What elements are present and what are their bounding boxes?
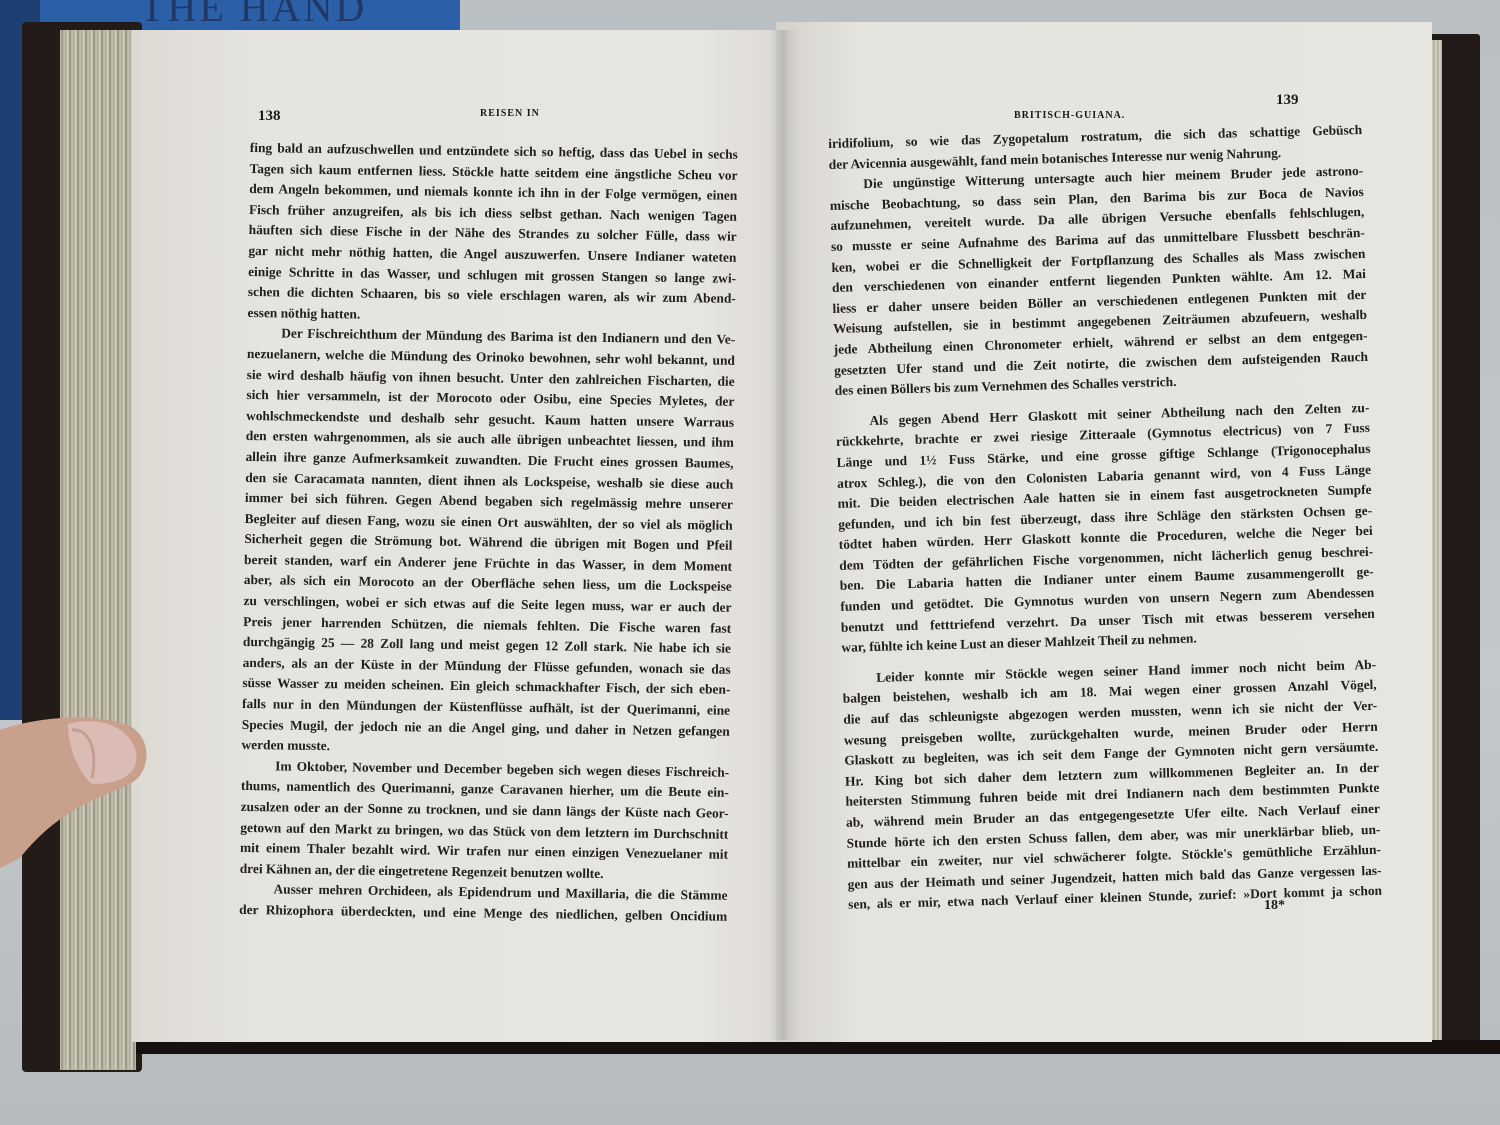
book-cover-bottom <box>60 1040 1500 1054</box>
background-book-title: THE HAND <box>140 0 367 31</box>
right-page-body: iridifolium, so wie das Zygopetalum rost… <box>828 120 1382 916</box>
running-head-right: BRITISCH-GUIANA. <box>1014 110 1125 121</box>
left-page: 138 REISEN IN fing bald an aufzuschwelle… <box>132 30 800 1042</box>
left-page-body: fing bald an aufzuschwellen und entzünde… <box>239 138 738 927</box>
page-number-right: 139 <box>1276 92 1299 109</box>
page-number-left: 138 <box>258 108 281 125</box>
page-edges-left <box>60 30 136 1070</box>
right-page: BRITISCH-GUIANA. 139 iridifolium, so wie… <box>776 22 1432 1042</box>
book-gutter-shadow <box>770 30 800 1040</box>
thumb-holding-page <box>0 708 150 878</box>
signature-mark: 18* <box>1264 898 1285 914</box>
running-head-left: REISEN IN <box>480 108 540 119</box>
